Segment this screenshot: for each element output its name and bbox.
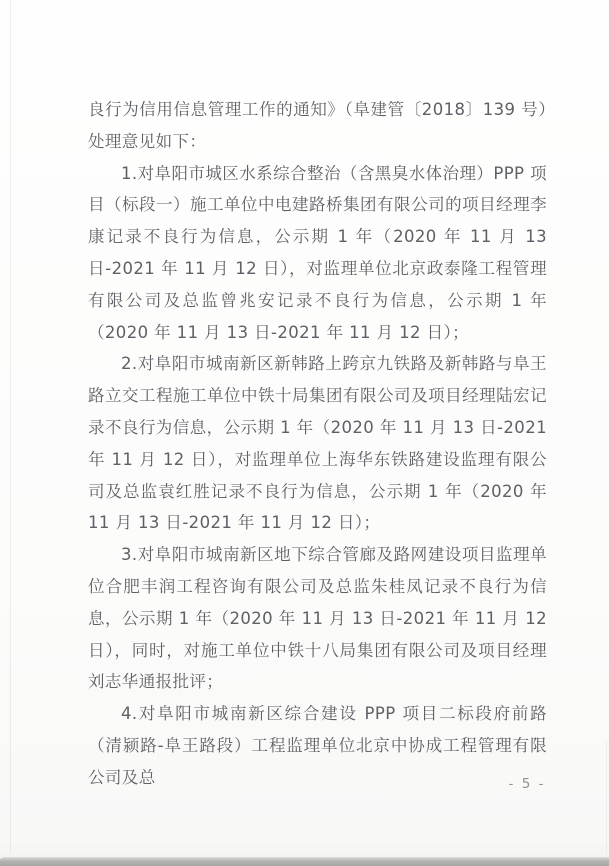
- paragraph-item-3: 3.对阜阳市城南新区地下综合管廊及路网建设项目监理单位合肥丰润工程咨询有限公司及…: [88, 539, 547, 698]
- page-number: - 5 -: [497, 776, 557, 792]
- paragraph-item-1: 1.对阜阳市城区水系综合整治（含黑臭水体治理）PPP 项目（标段一）施工单位中电…: [88, 158, 547, 349]
- paragraph-continuation: 良行为信用信息管理工作的通知》（阜建管〔2018〕139 号）处理意见如下：: [88, 94, 547, 158]
- scan-left-edge-line: [10, 0, 11, 854]
- document-body: 良行为信用信息管理工作的通知》（阜建管〔2018〕139 号）处理意见如下： 1…: [88, 94, 547, 794]
- paragraph-item-2: 2.对阜阳市城南新区新韩路上跨京九铁路及新韩路与阜王路立交工程施工单位中铁十局集…: [88, 348, 547, 539]
- scan-bottom-edge: [0, 857, 609, 866]
- paragraph-item-4: 4.对阜阳市城南新区综合建设 PPP 项目二标段府前路（清颍路-阜王路段）工程监…: [88, 698, 547, 793]
- scan-right-edge-line: [606, 740, 607, 854]
- scanned-document-page: 良行为信用信息管理工作的通知》（阜建管〔2018〕139 号）处理意见如下： 1…: [0, 0, 609, 866]
